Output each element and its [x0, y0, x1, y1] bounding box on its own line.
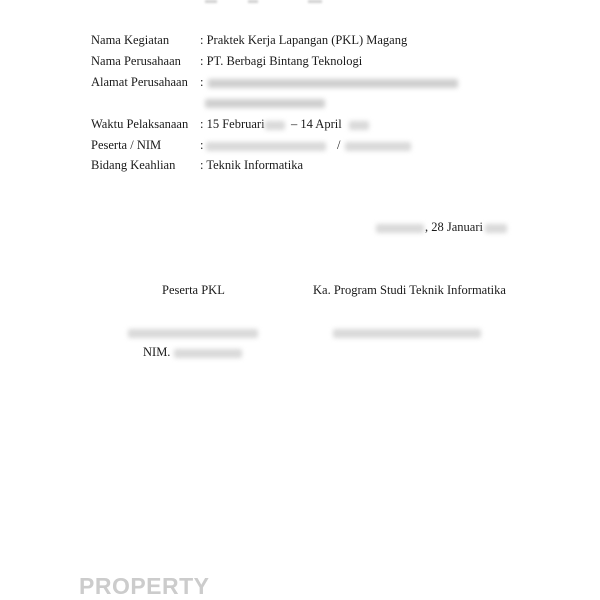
redacted-signature-nim — [174, 345, 242, 360]
name-nim-separator: / — [337, 138, 340, 153]
field-label: Peserta / NIM — [91, 138, 161, 153]
redacted-participant-signature-name — [128, 325, 258, 340]
watermark: PROPERTY — [79, 573, 210, 600]
redacted-participant-name — [206, 138, 326, 153]
redacted-city — [376, 220, 424, 235]
field-label: Waktu Pelaksanaan — [91, 117, 188, 132]
redacted-year-end — [349, 117, 369, 132]
field-value-prefix: : — [200, 75, 203, 90]
redacted-year — [485, 220, 507, 235]
field-value: : PT. Berbagi Bintang Teknologi — [200, 54, 362, 69]
redacted-address-line-2 — [205, 95, 325, 110]
field-value-end: – 14 April — [291, 117, 342, 132]
field-value: : Praktek Kerja Lapangan (PKL) Magang — [200, 33, 407, 48]
field-label: Nama Perusahaan — [91, 54, 181, 69]
signature-right-title: Ka. Program Studi Teknik Informatika — [313, 283, 506, 298]
field-label: Bidang Keahlian — [91, 158, 175, 173]
nim-label: NIM. — [143, 345, 170, 360]
date-text: , 28 Januari — [425, 220, 483, 235]
redacted-address-line-1 — [208, 75, 458, 90]
redacted-year-start — [265, 117, 285, 132]
redacted-nim — [345, 138, 411, 153]
field-label: Alamat Perusahaan — [91, 75, 188, 90]
field-value-start: : 15 Februari — [200, 117, 265, 132]
redacted-head-of-program-name — [333, 325, 481, 340]
field-value: : Teknik Informatika — [200, 158, 303, 173]
field-value-prefix: : — [200, 138, 203, 153]
signature-left-title: Peserta PKL — [162, 283, 225, 298]
field-label: Nama Kegiatan — [91, 33, 169, 48]
